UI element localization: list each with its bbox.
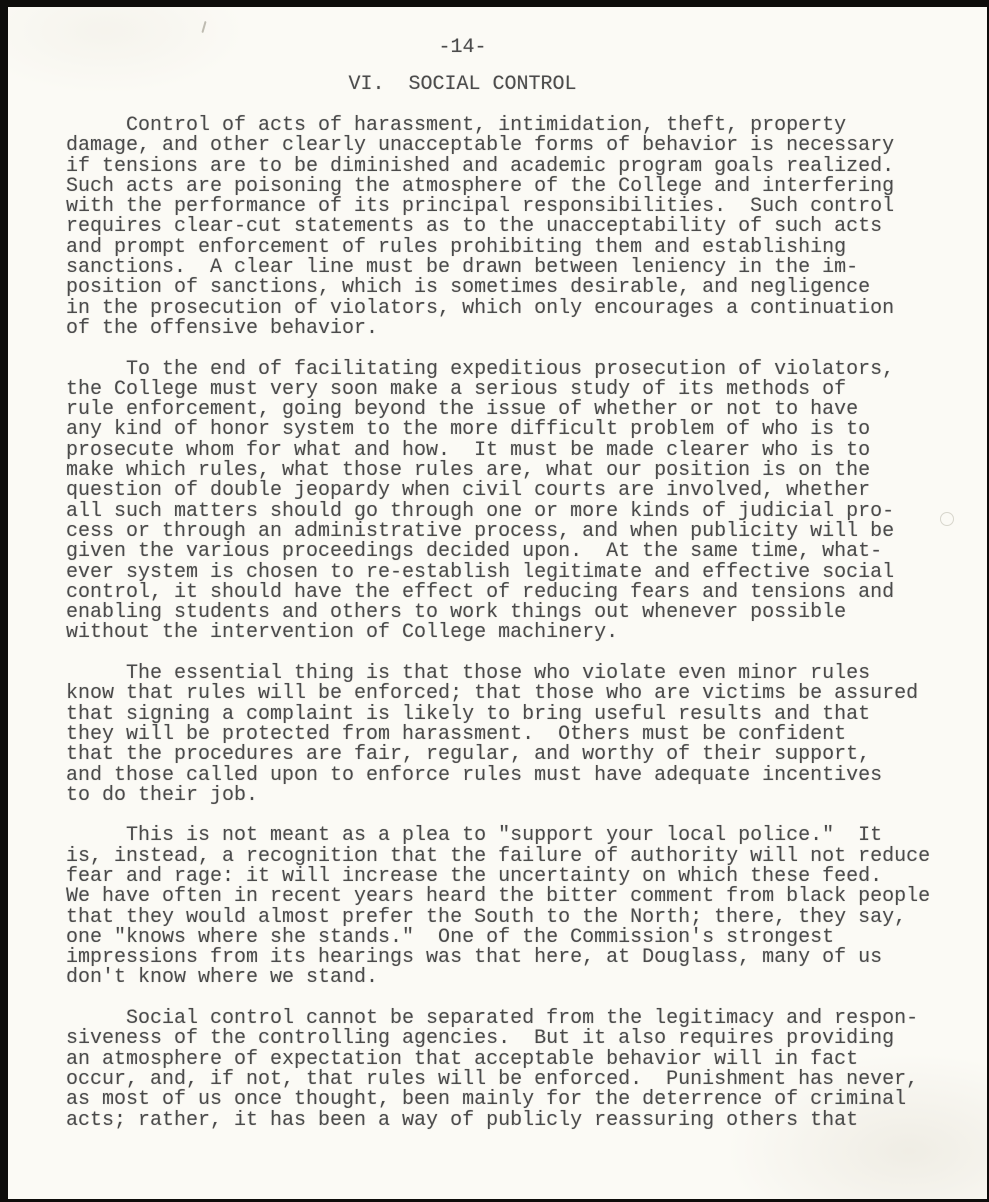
document-body: Control of acts of harassment, intimidat… (66, 116, 967, 1131)
paragraph-social-control-intro: Control of acts of harassment, intimidat… (66, 116, 967, 339)
document-page: -14- VI. SOCIAL CONTROL Control of acts … (8, 7, 987, 1199)
paragraph-not-a-plea: This is not meant as a plea to "support … (66, 826, 967, 988)
scanned-document-screenshot: { "page": { "page_number": "-14-", "head… (0, 0, 989, 1202)
paragraph-legitimacy: Social control cannot be separated from … (66, 1009, 967, 1131)
section-heading: VI. SOCIAL CONTROL (0, 74, 952, 96)
paragraph-essential-thing: The essential thing is that those who vi… (66, 664, 967, 806)
scan-artifact-tick (201, 21, 206, 33)
paragraph-rule-enforcement-study: To the end of facilitating expeditious p… (66, 360, 967, 644)
page-number: -14- (0, 38, 952, 58)
